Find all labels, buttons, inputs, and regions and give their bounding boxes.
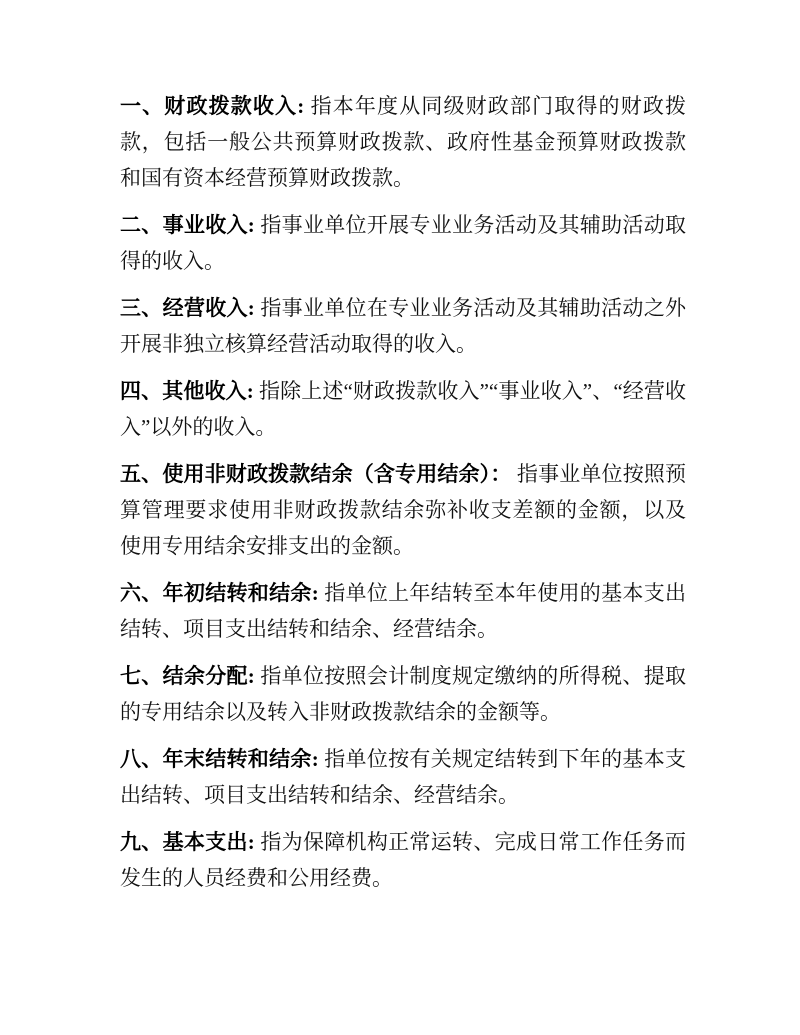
definition-paragraph-9: 九、基本支出: 指为保障机构正常运转、完成日常工作任务而发生的人员经费和公用经费… bbox=[120, 824, 686, 896]
definition-separator: ： bbox=[490, 462, 517, 486]
document-page: 一、财政拨款收入: 指本年度从同级财政部门取得的财政拨款，包括一般公共预算财政拨… bbox=[0, 0, 800, 1035]
definition-separator: : bbox=[248, 296, 261, 320]
definition-term: 六、年初结转和结余 bbox=[120, 581, 312, 605]
definitions-section: 一、财政拨款收入: 指本年度从同级财政部门取得的财政拨款，包括一般公共预算财政拨… bbox=[120, 88, 686, 907]
definition-separator: : bbox=[312, 747, 325, 771]
definition-term: 三、经营收入 bbox=[120, 296, 248, 320]
definition-paragraph-3: 三、经营收入: 指事业单位在专业业务活动及其辅助活动之外开展非独立核算经营活动取… bbox=[120, 290, 686, 362]
definition-separator: : bbox=[248, 213, 261, 237]
definition-term: 四、其他收入 bbox=[120, 379, 247, 403]
definition-separator: : bbox=[247, 379, 259, 403]
definition-term: 八、年末结转和结余 bbox=[120, 747, 312, 771]
definition-term: 一、财政拨款收入 bbox=[120, 94, 297, 118]
definition-term: 九、基本支出 bbox=[120, 830, 248, 854]
definition-term: 七、结余分配 bbox=[120, 664, 248, 688]
definition-paragraph-1: 一、财政拨款收入: 指本年度从同级财政部门取得的财政拨款，包括一般公共预算财政拨… bbox=[120, 88, 686, 196]
definition-paragraph-7: 七、结余分配: 指单位按照会计制度规定缴纳的所得税、提取的专用结余以及转入非财政… bbox=[120, 658, 686, 730]
definition-paragraph-2: 二、事业收入: 指事业单位开展专业业务活动及其辅助活动取得的收入。 bbox=[120, 207, 686, 279]
definition-paragraph-4: 四、其他收入: 指除上述“财政拨款收入”“事业收入”、“经营收入”以外的收入。 bbox=[120, 373, 686, 445]
definition-paragraph-8: 八、年末结转和结余: 指单位按有关规定结转到下年的基本支出结转、项目支出结转和结… bbox=[120, 741, 686, 813]
definition-term: 二、事业收入 bbox=[120, 213, 248, 237]
definition-paragraph-6: 六、年初结转和结余: 指单位上年结转至本年使用的基本支出结转、项目支出结转和结余… bbox=[120, 575, 686, 647]
definition-separator: : bbox=[248, 830, 261, 854]
definition-paragraph-5: 五、使用非财政拨款结余（含专用结余）： 指事业单位按照预算管理要求使用非财政拨款… bbox=[120, 456, 686, 564]
definition-separator: : bbox=[248, 664, 261, 688]
definition-separator: : bbox=[297, 94, 310, 118]
definition-term: 五、使用非财政拨款结余（含专用结余） bbox=[120, 462, 490, 486]
definition-separator: : bbox=[312, 581, 325, 605]
